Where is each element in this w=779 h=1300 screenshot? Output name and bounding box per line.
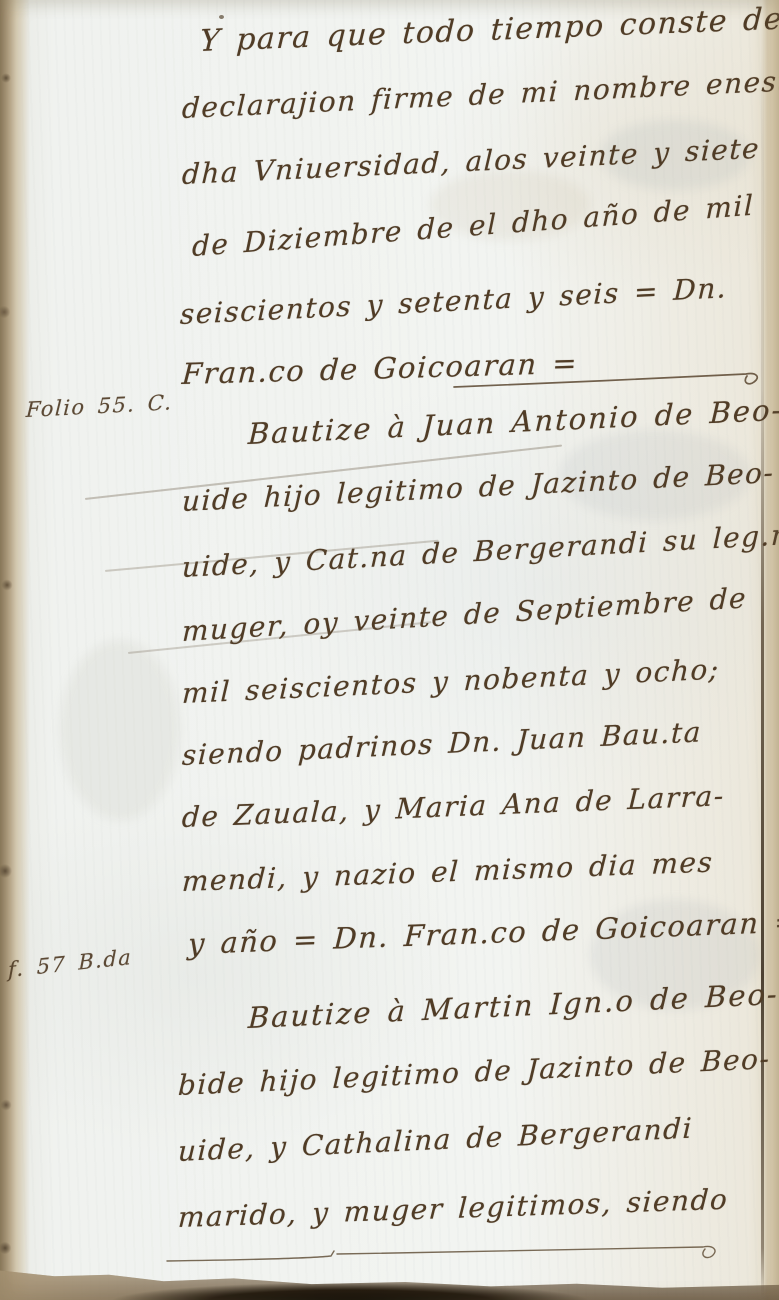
text-line: uide hijo legitimo de Jazinto de Beo- xyxy=(181,456,775,518)
text-line: Bautize à Martin Ign.o de Beo- xyxy=(247,977,779,1035)
text-line: marido, y muger legitimos, siendo xyxy=(177,1183,729,1234)
text-line: de Diziembre de el dho año de mil xyxy=(192,189,755,263)
text-line: uide, y Cathalina de Bergerandi xyxy=(177,1112,693,1168)
text-line: de Zauala, y Maria Ana de Larra- xyxy=(181,779,725,834)
text-line: Bautize à Juan Antonio de Beo- xyxy=(247,393,779,451)
paper-stain xyxy=(60,640,180,820)
text-line: dha Vniuersidad, alos veinte y siete xyxy=(181,132,761,191)
text-line: mendi, y nazio el mismo dia mes xyxy=(181,845,714,898)
text-line: seiscientos y setenta y seis = Dn. xyxy=(179,271,727,331)
text-line: siendo padrinos Dn. Juan Bau.ta xyxy=(181,715,702,772)
text-line: y año = Dn. Fran.co de Goicoaran = xyxy=(187,905,779,962)
text-line: mil seiscientos y nobenta y ocho; xyxy=(181,653,720,711)
margin-note-folio-55: Folio 55. C. xyxy=(25,390,173,422)
text-line: declarajion firme de mi nombre enesta xyxy=(181,64,779,126)
binding-deckle-edge xyxy=(0,0,30,1300)
page-separation-line xyxy=(761,0,764,1300)
text-line: Y para que todo tiempo conste desta xyxy=(199,0,779,59)
underlying-page-strip xyxy=(762,0,779,1300)
text-line: bide hijo legitimo de Jazinto de Beo- xyxy=(177,1042,771,1102)
text-line: uide, y Cat.na de Bergerandi su leg.ma xyxy=(181,517,779,585)
bottom-ink-rule xyxy=(165,1242,731,1272)
manuscript-page: Y para que todo tiempo conste desta decl… xyxy=(0,0,779,1300)
ink-rule-separator xyxy=(452,366,772,394)
ink-speck xyxy=(219,15,224,19)
